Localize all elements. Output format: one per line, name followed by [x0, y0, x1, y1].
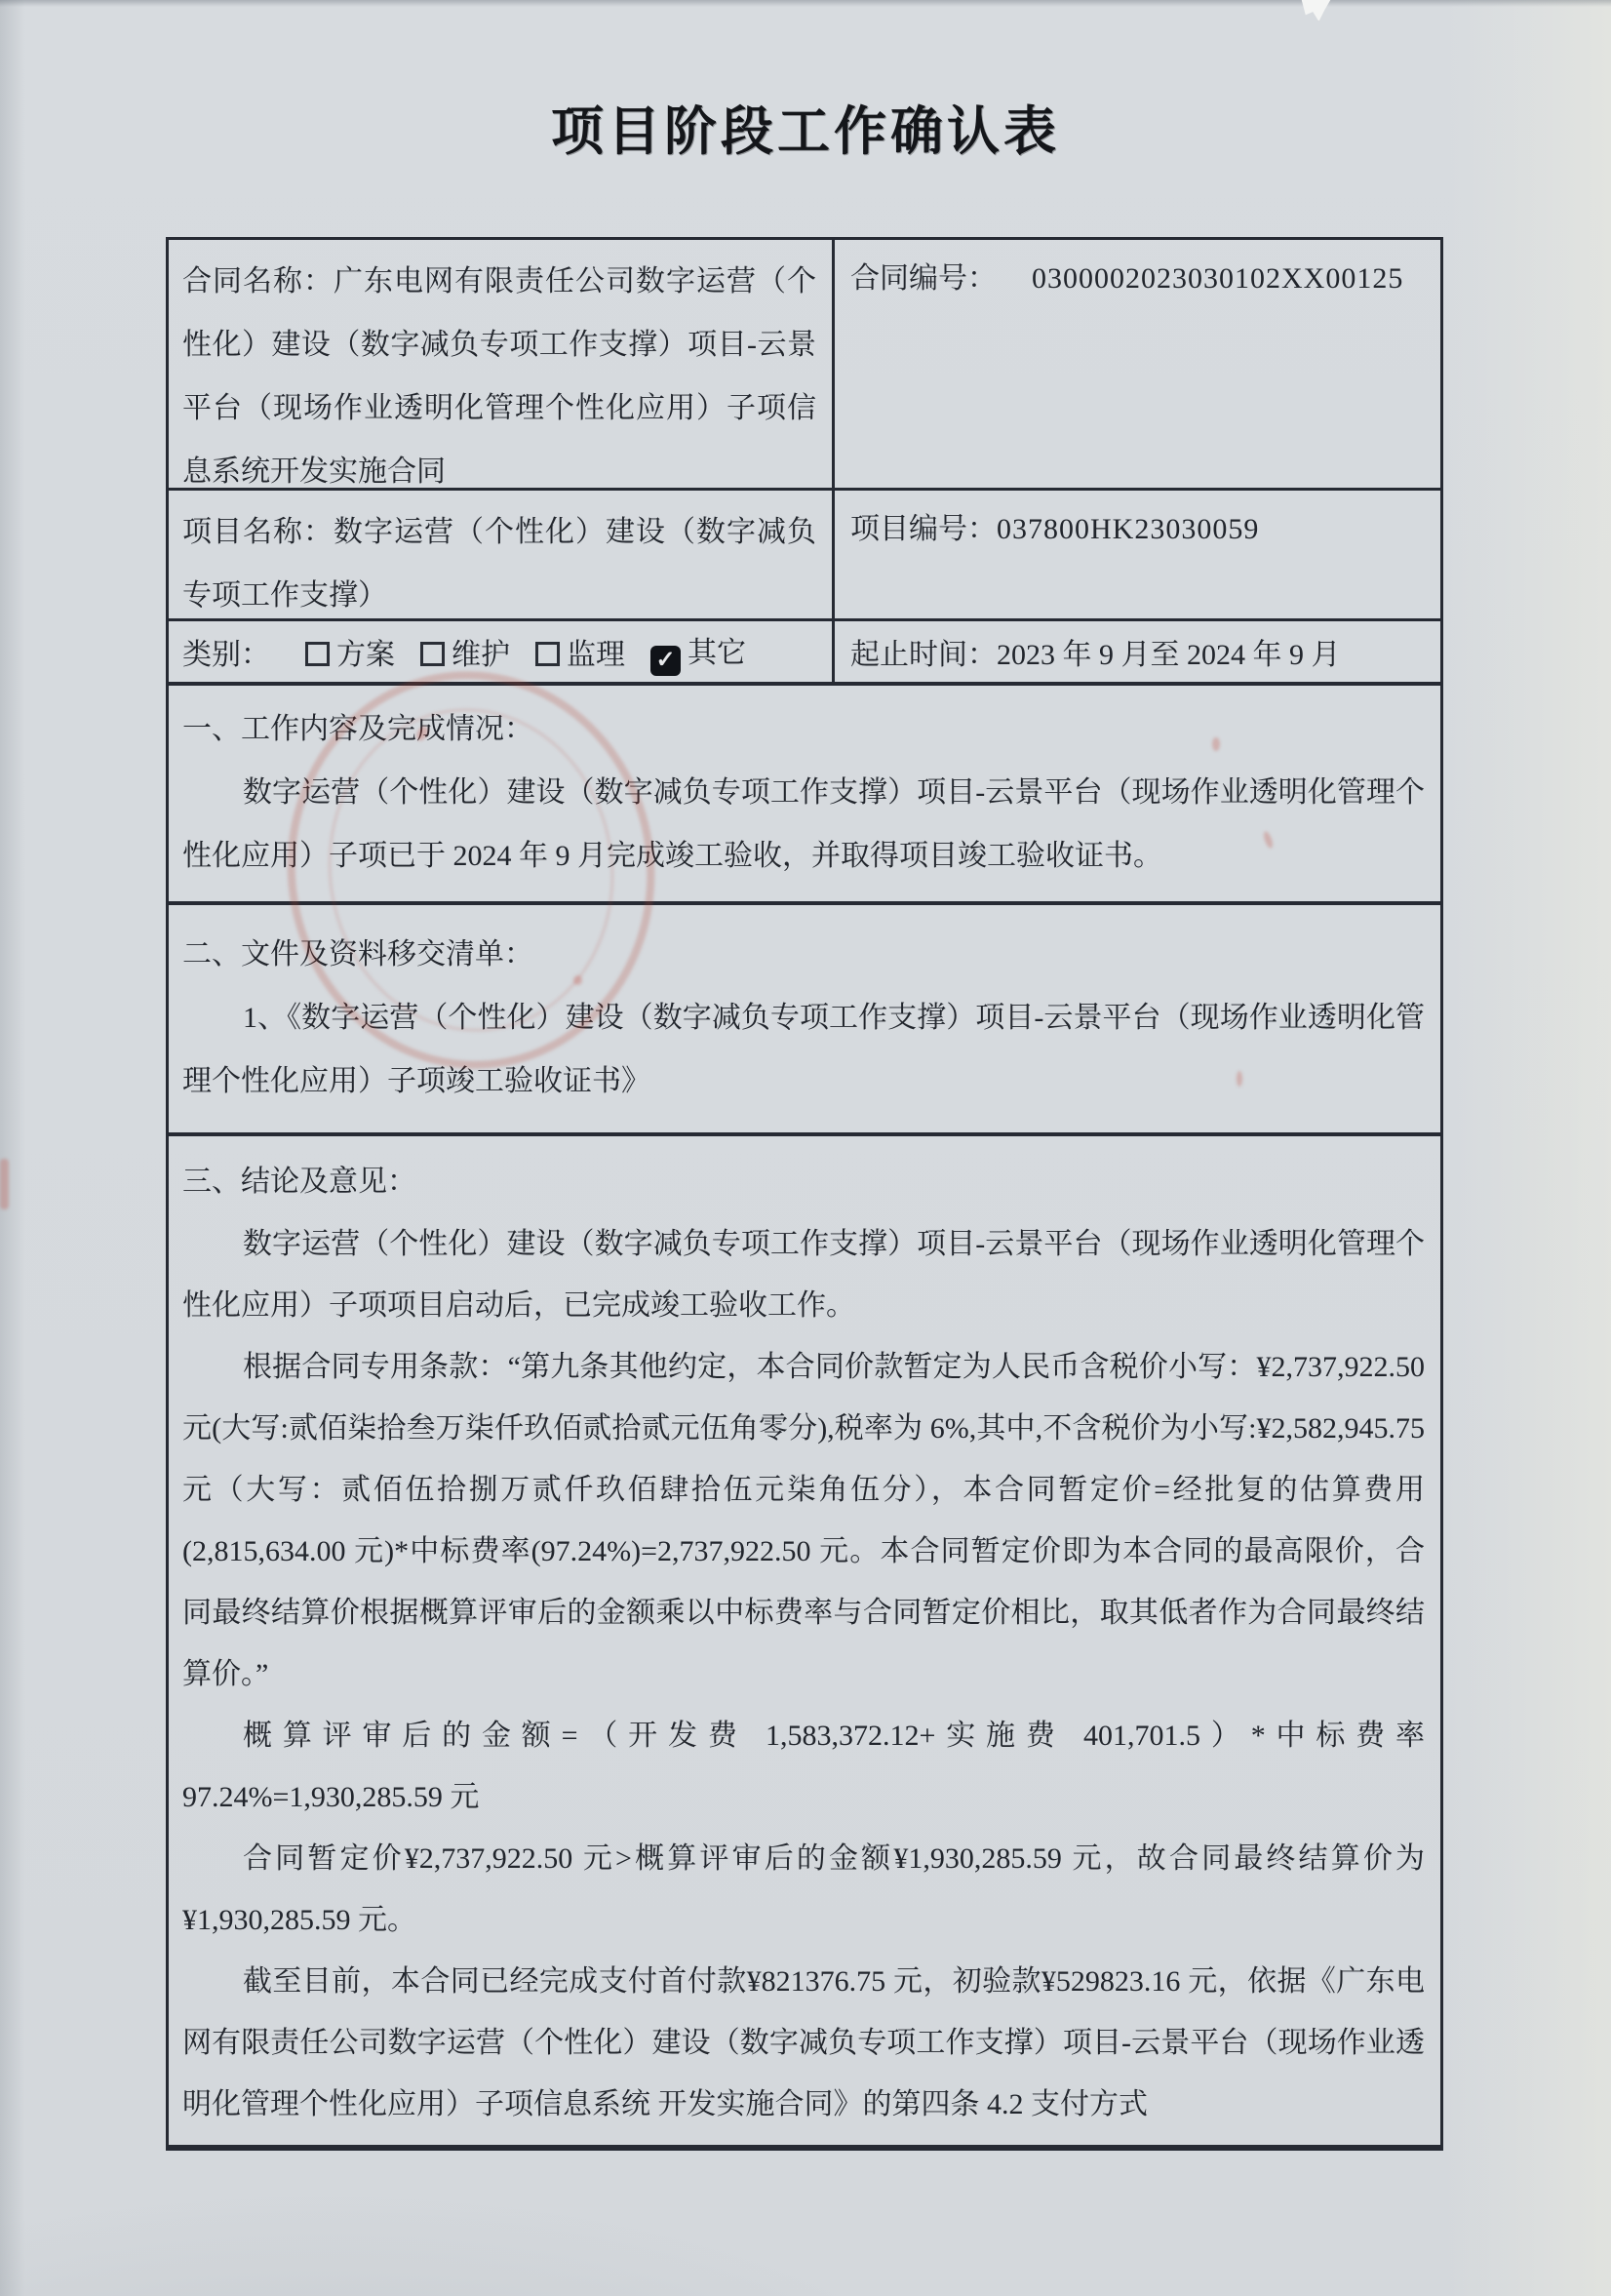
category-option-label: 方案 [336, 639, 395, 671]
confirmation-form-table: 合同名称：广东电网有限责任公司数字运营（个性化）建设（数字减负专项工作支撑）项目… [166, 237, 1443, 2151]
project-no-value: 037800HK23030059 [997, 513, 1259, 545]
section-work-content: 一、工作内容及完成情况： 数字运营（个性化）建设（数字减负专项工作支撑）项目-云… [169, 686, 1440, 905]
period-cell: 起止时间：2023 年 9 月至 2024 年 9 月 [835, 621, 1440, 682]
contract-name-label: 合同名称： [182, 265, 334, 297]
project-no-cell: 项目编号：037800HK23030059 [835, 491, 1440, 618]
scanned-document-page: 项目阶段工作确认表 合同名称：广东电网有限责任公司数字运营（个性化）建设（数字减… [0, 0, 1611, 2296]
contract-name-cell: 合同名称：广东电网有限责任公司数字运营（个性化）建设（数字减负专项工作支撑）项目… [169, 240, 835, 488]
category-option-label: 监理 [567, 639, 625, 671]
category-label: 类别： [182, 630, 270, 673]
section3-heading: 三、结论及意见： [182, 1150, 1425, 1213]
category-option-qita: ✓其它 [650, 628, 746, 676]
project-name-cell: 项目名称：数字运营（个性化）建设（数字减负专项工作支撑） [169, 491, 835, 618]
period-label: 起止时间： [850, 630, 997, 673]
period-value: 2023 年 9 月至 2024 年 9 月 [997, 630, 1341, 673]
section3-paragraph: 概算评审后的金额=（开发费 1,583,372.12+实施费 401,701.5… [182, 1705, 1425, 1828]
section1-heading: 一、工作内容及完成情况： [182, 697, 1425, 761]
section2-paragraph: 1、《数字运营（个性化）建设（数字减负专项工作支撑）项目-云景平台（现场作业透明… [182, 986, 1425, 1113]
category-option-label: 维护 [452, 639, 510, 671]
section2-heading: 二、文件及资料移交清单： [182, 923, 1425, 986]
checkbox-unchecked-icon[interactable] [305, 642, 330, 666]
checkbox-checked-icon[interactable]: ✓ [650, 646, 681, 676]
check-glyph: ✓ [655, 648, 675, 673]
project-name-label: 项目名称： [182, 516, 334, 548]
contract-no-value: 0300002023030102XX00125 [1032, 262, 1403, 295]
project-no-label: 项目编号： [850, 513, 997, 545]
section-handover-list: 二、文件及资料移交清单： 1、《数字运营（个性化）建设（数字减负专项工作支撑）项… [169, 905, 1440, 1136]
checkbox-unchecked-icon[interactable] [535, 642, 560, 666]
section3-paragraph: 数字运营（个性化）建设（数字减负专项工作支撑）项目-云景平台（现场作业透明化管理… [182, 1213, 1425, 1336]
page-title: 项目阶段工作确认表 [0, 90, 1611, 165]
category-option-label: 其它 [688, 637, 746, 669]
contract-no-cell: 合同编号：0300002023030102XX00125 [835, 240, 1440, 488]
contract-name-value: 广东电网有限责任公司数字运营（个性化）建设（数字减负专项工作支撑）项目-云景平台… [182, 265, 816, 488]
section-conclusion: 三、结论及意见： 数字运营（个性化）建设（数字减负专项工作支撑）项目-云景平台（… [169, 1136, 1440, 2138]
section1-paragraph: 数字运营（个性化）建设（数字减负专项工作支撑）项目-云景平台（现场作业透明化管理… [182, 761, 1425, 888]
table-row-contract: 合同名称：广东电网有限责任公司数字运营（个性化）建设（数字减负专项工作支撑）项目… [169, 240, 1440, 491]
category-option-weihu: 维护 [420, 630, 510, 673]
table-row-project: 项目名称：数字运营（个性化）建设（数字减负专项工作支撑） 项目编号：037800… [169, 491, 1440, 621]
checkbox-unchecked-icon[interactable] [420, 642, 445, 666]
section3-paragraph: 截至目前，本合同已经完成支付首付款¥821376.75 元，初验款¥529823… [182, 1951, 1425, 2135]
category-option-jianli: 监理 [535, 630, 625, 673]
red-ink-smudge [0, 1159, 9, 1209]
section3-paragraph: 合同暂定价¥2,737,922.50 元>概算评审后的金额¥1,930,285.… [182, 1828, 1425, 1951]
section3-paragraph: 根据合同专用条款：“第九条其他约定，本合同价款暂定为人民币含税价小写：¥2,73… [182, 1336, 1425, 1705]
table-row-category: 类别： 方案 维护 监理 ✓其它 起止时间：2023 年 9 月至 2024 年… [169, 621, 1440, 686]
paper-tear-artifact [1299, 0, 1332, 21]
category-cell: 类别： 方案 维护 监理 ✓其它 [169, 621, 835, 682]
category-option-fangan: 方案 [305, 630, 395, 673]
contract-no-label: 合同编号： [850, 262, 997, 295]
